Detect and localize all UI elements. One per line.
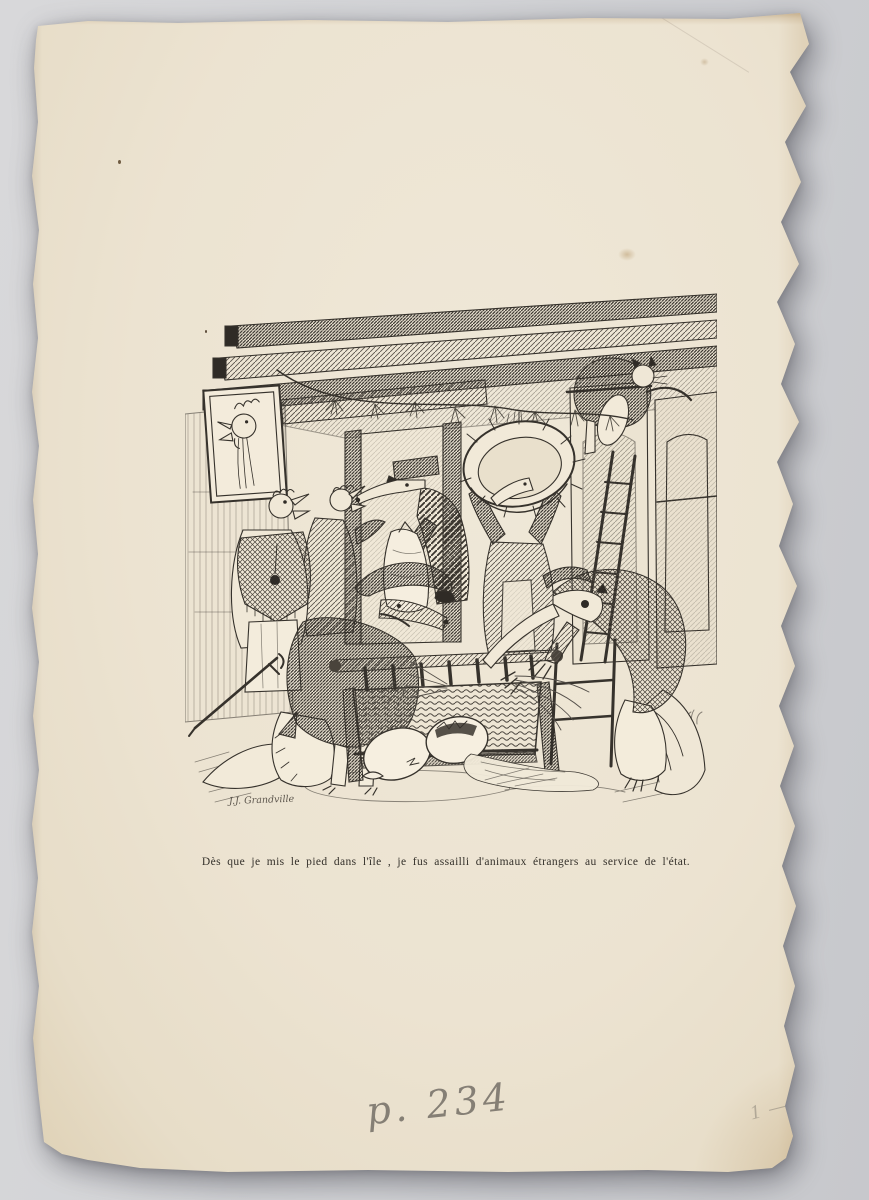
rooster-portrait xyxy=(203,385,287,502)
paper-speck xyxy=(118,160,121,164)
book-page: J.J. Grandville Dès que je mis le pied d… xyxy=(28,10,838,1178)
engraving-scene: J.J. Grandville xyxy=(185,292,717,827)
page-right-torn-edge xyxy=(778,10,824,1178)
torn-edge-chip xyxy=(796,301,821,376)
plate-caption: Dès que je mis le pied dans l'île , je f… xyxy=(146,856,746,868)
paper-scratch xyxy=(647,8,749,72)
torn-edge-chip xyxy=(802,342,814,369)
marten-holding-basket xyxy=(455,411,585,656)
torn-edge-chip xyxy=(806,361,823,404)
artist-signature: J.J. Grandville xyxy=(227,794,295,807)
scanner-background: J.J. Grandville Dès que je mis le pied d… xyxy=(0,0,869,1200)
page-left-deckle-edge xyxy=(28,10,42,1178)
foxing-spot xyxy=(618,248,636,261)
engraving-plate: J.J. Grandville xyxy=(185,292,717,827)
page-top-edge xyxy=(28,10,838,25)
pencil-page-number: p. 234 xyxy=(364,1075,513,1134)
foxing-spot xyxy=(700,58,709,66)
